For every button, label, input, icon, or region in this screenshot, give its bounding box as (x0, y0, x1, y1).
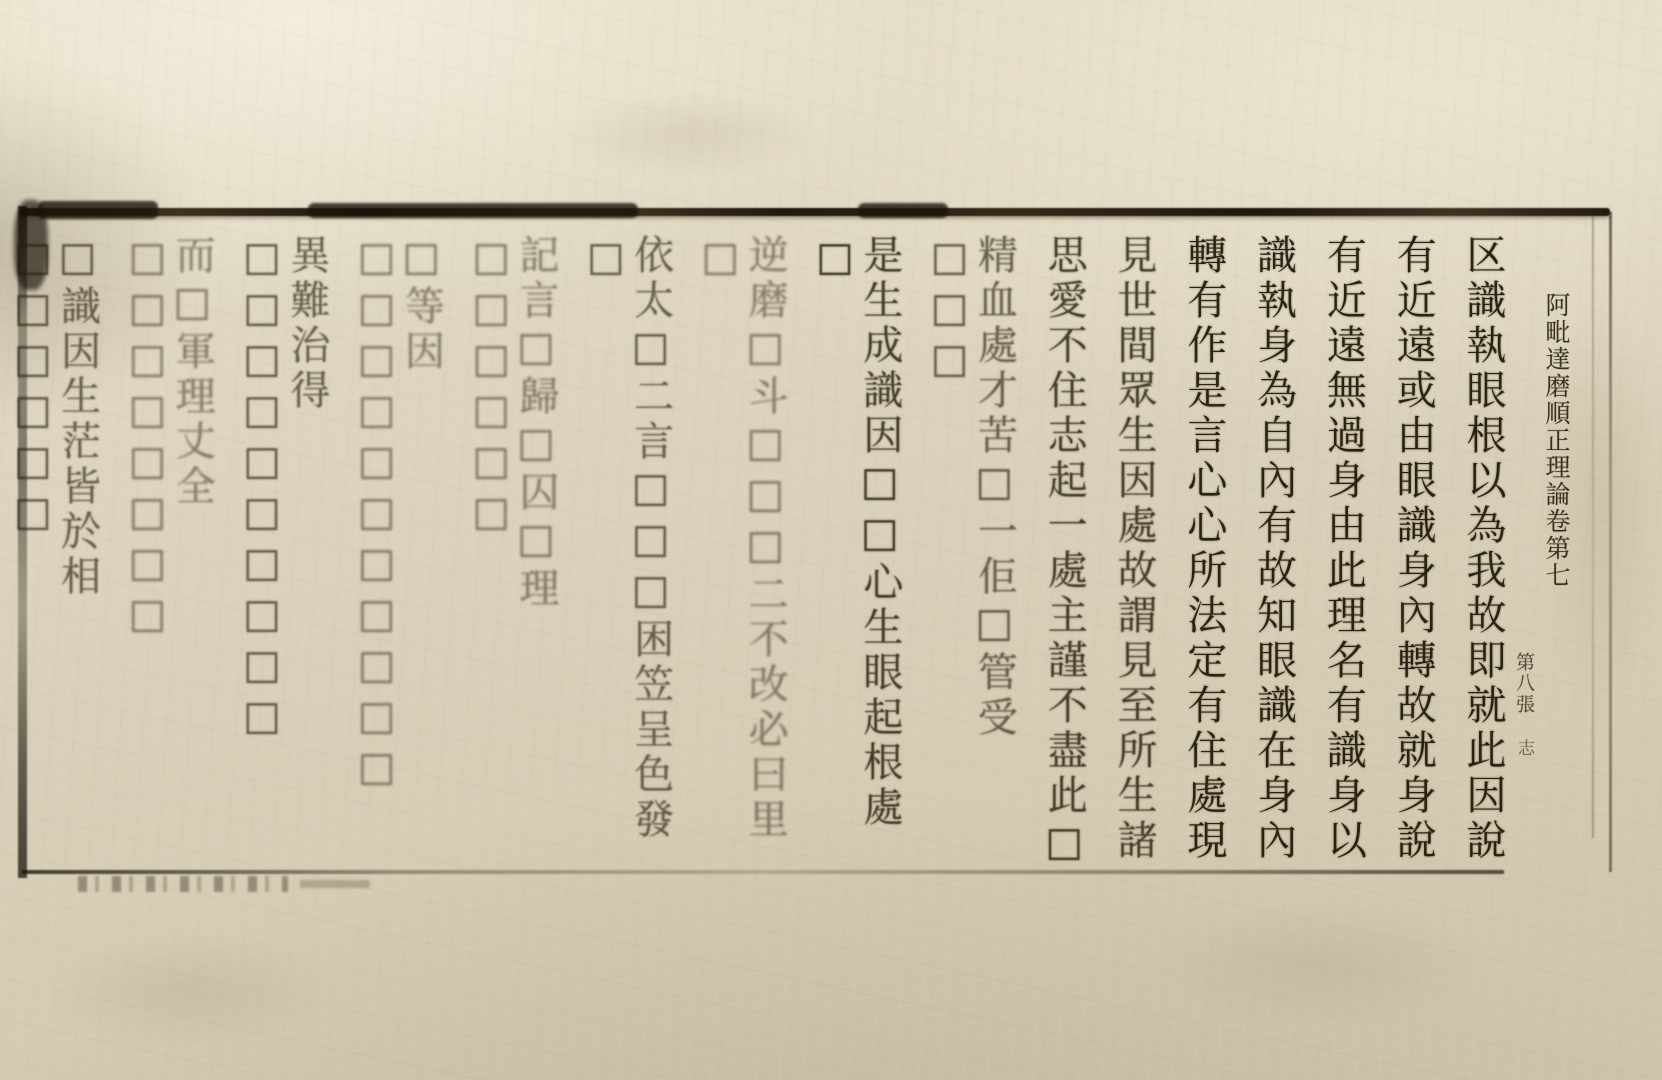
frame-border-right (1609, 212, 1612, 872)
frame-border-right-inner (1592, 216, 1594, 838)
paper-stain (1150, 900, 1490, 1030)
volume-title: 阿毗達磨順正理論卷第七 (1542, 292, 1571, 589)
text-columns: 阿毗達磨順正理論卷第七 第八張 志 区識執眼根以為我故即就此因說 有近遠或由眼識… (48, 234, 1574, 870)
text-column-5: 轉有作是言心心所法定有住處現 (1181, 234, 1226, 870)
ink-smudge (78, 876, 288, 892)
ink-smudge (300, 880, 370, 888)
text-column-1: 区識執眼根以為我故即就此因說 (1460, 234, 1505, 870)
text-column-6: 見世間眾生因處故謂見至所生諸 (1111, 234, 1156, 870)
text-column-15: 而□軍理丈全□□□□□□□□ (125, 234, 215, 870)
frame-border-bottom (22, 870, 1504, 874)
volume-title-column: 阿毗達磨順正理論卷第七 第八張 志 (1511, 234, 1574, 870)
text-column-4: 識執身為自內有故知眼識在身內 (1251, 234, 1296, 870)
text-column-2: 有近遠或由眼識身內轉故就身說 (1390, 234, 1435, 870)
ink-smudge (858, 203, 948, 218)
text-column-12: 記言□歸□囚□理□□□□□□ (468, 234, 558, 870)
text-column-10: 逆磨□斗□□□二不改必曰里□ (698, 234, 788, 870)
text-column-13: □等因□□□□□□□□□□□ (354, 234, 444, 870)
manuscript-photo: 阿毗達磨順正理論卷第七 第八張 志 区識執眼根以為我故即就此因說 有近遠或由眼識… (0, 0, 1662, 1080)
collator-mark: 志 (1514, 739, 1534, 758)
paper-stain (40, 930, 340, 1050)
ink-smudge (308, 203, 638, 218)
sheet-number: 第八張 (1513, 652, 1535, 715)
text-column-3: 有近遠無過身由此理名有識身以 (1321, 234, 1366, 870)
text-column-9: 是生成識因□□心生眼起根處□ (812, 234, 902, 870)
sheet-number-line: 第八張 志 (1511, 292, 1538, 870)
ink-smudge (38, 201, 158, 219)
text-column-11: 依太□二言□□□困笠呈色發□ (583, 234, 673, 870)
text-column-16: □識因生茫皆於相□□□□□□ (10, 234, 100, 870)
printed-frame: 阿毗達磨順正理論卷第七 第八張 志 区識執眼根以為我故即就此因說 有近遠或由眼識… (18, 206, 1634, 878)
text-column-8: 精血處才苦□一佢□管受□□□ (927, 234, 1017, 870)
text-column-7: 思愛不住志起一處主謹不盡此□ (1041, 234, 1086, 870)
paper-stain (560, 90, 820, 180)
frame-border-top (20, 208, 1610, 216)
text-column-14: 異難治得□□□□□□□□□□ (239, 234, 329, 870)
